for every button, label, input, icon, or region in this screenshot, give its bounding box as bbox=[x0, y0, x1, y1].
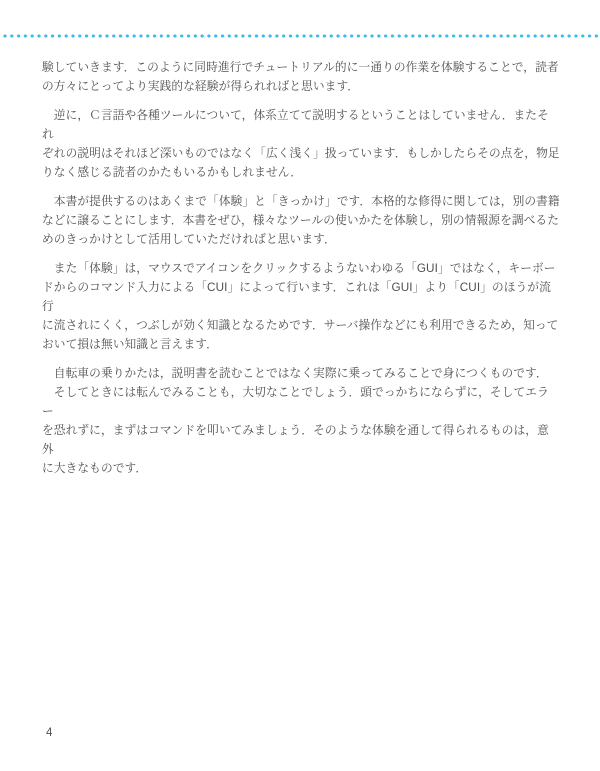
paragraph: 逆に，Ｃ言語や各種ツールについて，体系立てて説明するということはしていません．ま… bbox=[42, 106, 560, 182]
paragraph: また「体験」は，マウスでアイコンをクリックするようないわゆる「GUI」ではなく，… bbox=[42, 259, 560, 354]
paragraph: そしてときには転んでみることも，大切なことでしょう．頭でっかちにならずに，そして… bbox=[42, 383, 560, 478]
paragraph: 自転車の乗りかたは，説明書を読むことではなく実際に乗ってみることで身につくもので… bbox=[42, 364, 560, 383]
dotted-divider bbox=[3, 34, 600, 38]
body-text: 験していきます．このように同時進行でチュートリアル的に一通りの作業を体験すること… bbox=[42, 58, 560, 478]
book-page: 験していきます．このように同時進行でチュートリアル的に一通りの作業を体験すること… bbox=[0, 0, 600, 771]
page-number: 4 bbox=[46, 726, 52, 740]
paragraph: 本書が提供するのはあくまで「体験」と「きっかけ」です．本格的な修得に関しては，別… bbox=[42, 192, 560, 249]
paragraph: 験していきます．このように同時進行でチュートリアル的に一通りの作業を体験すること… bbox=[42, 58, 560, 96]
